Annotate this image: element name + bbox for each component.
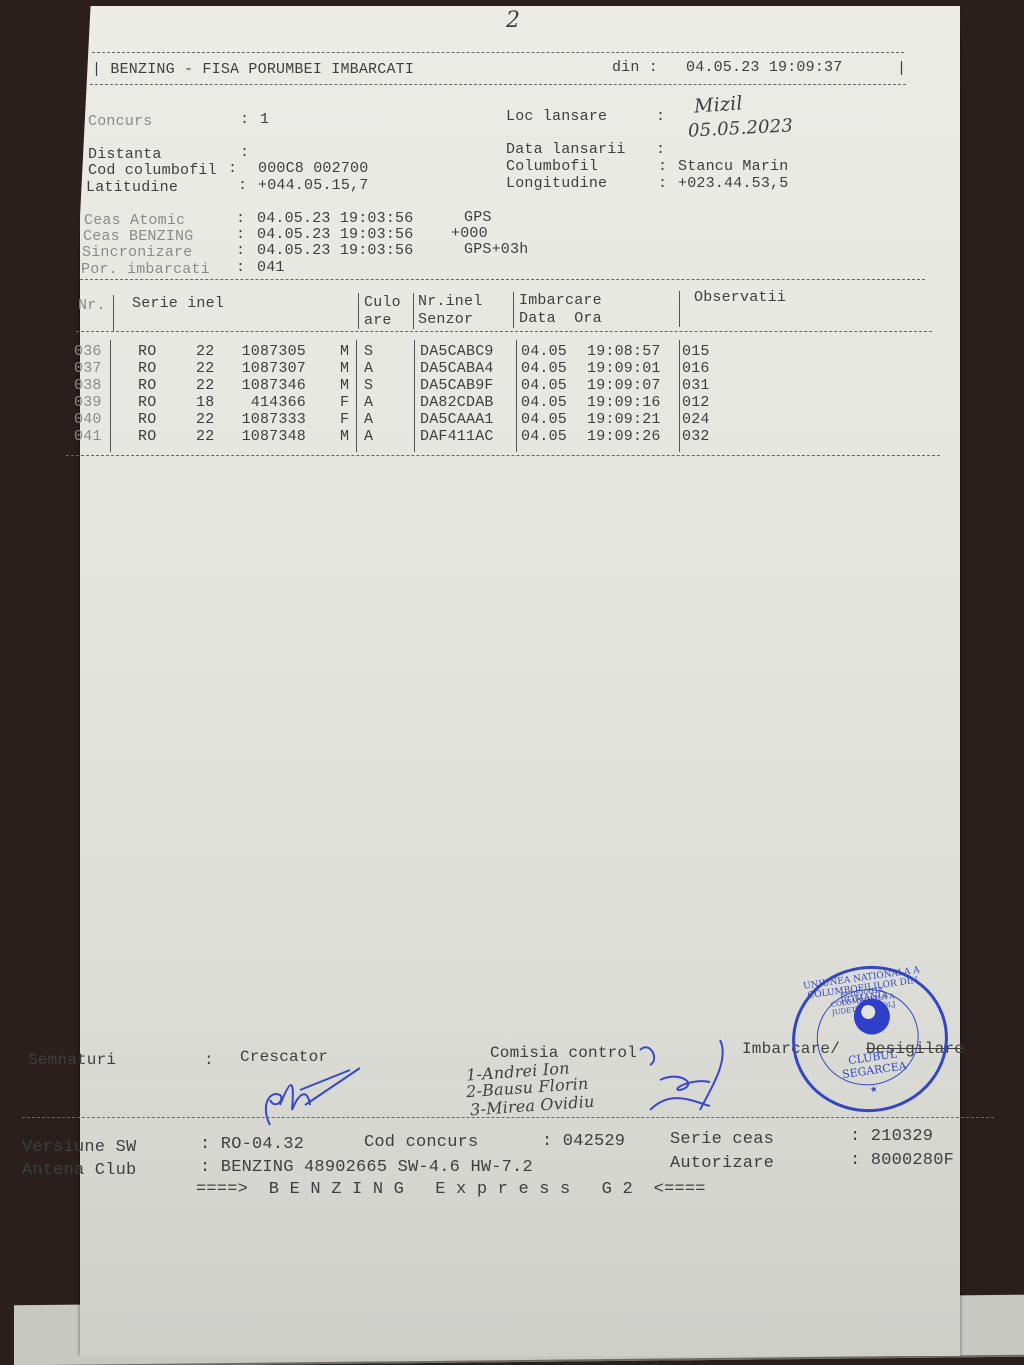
autorizare-label: Autorizare xyxy=(670,1154,774,1173)
cell-sex: F xyxy=(340,394,349,411)
column-rule xyxy=(113,295,114,331)
cell-time: 19:08:57 xyxy=(587,343,661,360)
cell-nr: 041 xyxy=(74,428,102,445)
cell-nr: 036 xyxy=(74,343,102,360)
latitudine-sep: : xyxy=(238,177,247,194)
concurs-sep: : xyxy=(240,111,249,128)
cod-columbofil-value: 000C8 002700 xyxy=(258,160,368,177)
committee-signatures xyxy=(620,1030,760,1130)
cell-nr: 040 xyxy=(74,411,102,428)
col-header-culoare-1: Culo xyxy=(364,294,401,311)
longitudine-label: Longitudine xyxy=(506,175,607,192)
cod-concurs-value: : 042529 xyxy=(542,1132,625,1151)
sincronizare-value: 04.05.23 19:03:56 xyxy=(257,242,413,259)
col-header-culoare-2: are xyxy=(364,312,392,329)
serie-ceas-value: : 210329 xyxy=(850,1127,933,1146)
cell-sex: M xyxy=(340,428,349,445)
concurs-label: Concurs xyxy=(88,113,152,130)
divider xyxy=(66,455,940,456)
col-header-serie: Serie inel xyxy=(132,295,224,312)
cell-country: RO xyxy=(138,394,156,411)
divider xyxy=(90,84,906,85)
columbofil-label: Columbofil xyxy=(506,158,598,175)
cell-time: 19:09:16 xyxy=(587,394,661,411)
column-rule xyxy=(413,293,414,329)
cell-date: 04.05 xyxy=(521,428,567,445)
cell-date: 04.05 xyxy=(521,394,567,411)
cell-ring: 1087305 xyxy=(222,343,306,360)
divider xyxy=(92,52,904,53)
cell-sensor: DA5CABA4 xyxy=(420,360,494,377)
cod-columbofil-sep: : xyxy=(228,160,237,177)
divider xyxy=(76,331,932,332)
col-header-nr: Nr. xyxy=(78,297,106,314)
cell-year: 18 xyxy=(196,394,214,411)
distanta-label: Distanta xyxy=(88,146,162,163)
column-rule xyxy=(679,340,680,452)
concurs-value: 1 xyxy=(260,111,269,128)
semnaturi-sep: : xyxy=(204,1051,214,1069)
cell-obs: 032 xyxy=(682,428,710,445)
sincronizare-extra: GPS+03h xyxy=(464,241,528,258)
cell-ring: 1087333 xyxy=(222,411,306,428)
ceas-benzing-label: Ceas BENZING xyxy=(83,228,193,245)
ceas-benzing-sep: : xyxy=(236,226,245,243)
cell-date: 04.05 xyxy=(521,411,567,428)
cod-columbofil-label: Cod columbofil xyxy=(88,162,217,179)
semnaturi-label: Semnaturi xyxy=(28,1051,116,1069)
cell-ring: 1087348 xyxy=(222,428,306,445)
divider xyxy=(22,1117,994,1118)
column-rule xyxy=(679,291,680,327)
cell-obs: 015 xyxy=(682,343,710,360)
data-lansarii-label: Data lansarii xyxy=(506,141,626,158)
cell-country: RO xyxy=(138,411,156,428)
handwritten-loc-lansare: Mizil xyxy=(693,92,743,117)
col-header-imbarcare-1: Imbarcare xyxy=(519,292,602,309)
cell-obs: 031 xyxy=(682,377,710,394)
sincronizare-sep: : xyxy=(236,242,245,259)
columbofil-value: Stancu Marin xyxy=(678,158,788,175)
longitudine-value: +023.44.53,5 xyxy=(678,175,788,192)
cell-color: A xyxy=(364,360,373,377)
col-header-imbarcare-2: Data Ora xyxy=(519,310,602,327)
por-imbarcati-value: 041 xyxy=(257,259,285,276)
divider xyxy=(80,279,925,280)
cell-sensor: DAF411AC xyxy=(420,428,494,445)
loc-lansare-sep: : xyxy=(656,108,665,125)
column-rule xyxy=(358,293,359,329)
autorizare-value: : 8000280F xyxy=(850,1151,954,1170)
cod-concurs-label: Cod concurs xyxy=(364,1133,478,1152)
cell-sensor: DA5CAAA1 xyxy=(420,411,494,428)
versiune-label: Versiune SW xyxy=(22,1138,136,1157)
cell-year: 22 xyxy=(196,377,214,394)
document-title: | BENZING - FISA PORUMBEI IMBARCATI xyxy=(92,61,414,78)
cell-color: A xyxy=(364,394,373,411)
cell-time: 19:09:07 xyxy=(587,377,661,394)
cell-color: S xyxy=(364,343,373,360)
ceas-atomic-label: Ceas Atomic xyxy=(84,212,185,229)
cell-obs: 016 xyxy=(682,360,710,377)
cell-country: RO xyxy=(138,428,156,445)
column-rule xyxy=(110,340,111,452)
loc-lansare-label: Loc lansare xyxy=(506,108,607,125)
cell-date: 04.05 xyxy=(521,360,567,377)
column-rule xyxy=(356,340,357,452)
handwritten-page-number: 2 xyxy=(506,8,520,33)
col-header-senzor-2: Senzor xyxy=(418,311,473,328)
cell-nr: 039 xyxy=(74,394,102,411)
cell-sensor: DA5CABC9 xyxy=(420,343,494,360)
cell-color: S xyxy=(364,377,373,394)
latitudine-label: Latitudine xyxy=(86,179,178,196)
cell-date: 04.05 xyxy=(521,377,567,394)
date-value: 04.05.23 19:09:37 xyxy=(686,59,842,76)
cell-nr: 038 xyxy=(74,377,102,394)
cell-country: RO xyxy=(138,360,156,377)
cell-year: 22 xyxy=(196,343,214,360)
por-imbarcati-sep: : xyxy=(236,259,245,276)
cell-country: RO xyxy=(138,377,156,394)
column-rule xyxy=(414,340,415,452)
header-end-bar: | xyxy=(897,60,906,77)
cell-time: 19:09:01 xyxy=(587,360,661,377)
cell-ring: 414366 xyxy=(222,394,306,411)
cell-sensor: DA5CAB9F xyxy=(420,377,494,394)
ceas-benzing-extra: +000 xyxy=(451,225,488,242)
data-lansarii-sep: : xyxy=(656,141,665,158)
cell-sex: M xyxy=(340,360,349,377)
cell-color: A xyxy=(364,411,373,428)
cell-obs: 024 xyxy=(682,411,710,428)
breeder-signature xyxy=(240,1050,370,1130)
latitudine-value: +044.05.15,7 xyxy=(258,177,368,194)
ceas-benzing-value: 04.05.23 19:03:56 xyxy=(257,226,413,243)
cell-nr: 037 xyxy=(74,360,102,377)
ceas-atomic-value: 04.05.23 19:03:56 xyxy=(257,210,413,227)
serie-ceas-label: Serie ceas xyxy=(670,1130,774,1149)
cell-time: 19:09:21 xyxy=(587,411,661,428)
col-header-senzor-1: Nr.inel xyxy=(418,293,482,310)
column-rule xyxy=(516,340,517,452)
column-rule xyxy=(513,292,514,328)
cell-date: 04.05 xyxy=(521,343,567,360)
cell-sensor: DA82CDAB xyxy=(420,394,494,411)
cell-year: 22 xyxy=(196,428,214,445)
cell-year: 22 xyxy=(196,411,214,428)
distanta-sep: : xyxy=(240,144,249,161)
longitudine-sep: : xyxy=(658,175,667,192)
ceas-atomic-extra: GPS xyxy=(464,209,492,226)
antena-value: : BENZING 48902665 SW-4.6 HW-7.2 xyxy=(200,1158,533,1177)
sincronizare-label: Sincronizare xyxy=(82,244,192,261)
cell-sex: F xyxy=(340,411,349,428)
cell-ring: 1087346 xyxy=(222,377,306,394)
cell-year: 22 xyxy=(196,360,214,377)
columbofil-sep: : xyxy=(658,158,667,175)
date-label: din : xyxy=(612,59,658,76)
cell-color: A xyxy=(364,428,373,445)
cell-obs: 012 xyxy=(682,394,710,411)
cell-country: RO xyxy=(138,343,156,360)
cell-time: 19:09:26 xyxy=(587,428,661,445)
footer-banner: ====> B E N Z I N G E x p r e s s G 2 <=… xyxy=(196,1180,706,1199)
cell-sex: M xyxy=(340,343,349,360)
ceas-atomic-sep: : xyxy=(236,210,245,227)
versiune-value: : RO-04.32 xyxy=(200,1135,304,1154)
cell-ring: 1087307 xyxy=(222,360,306,377)
col-header-observatii: Observatii xyxy=(694,289,786,306)
cell-sex: M xyxy=(340,377,349,394)
por-imbarcati-label: Por. imbarcati xyxy=(81,261,210,278)
antena-label: Antena Club xyxy=(22,1161,136,1180)
